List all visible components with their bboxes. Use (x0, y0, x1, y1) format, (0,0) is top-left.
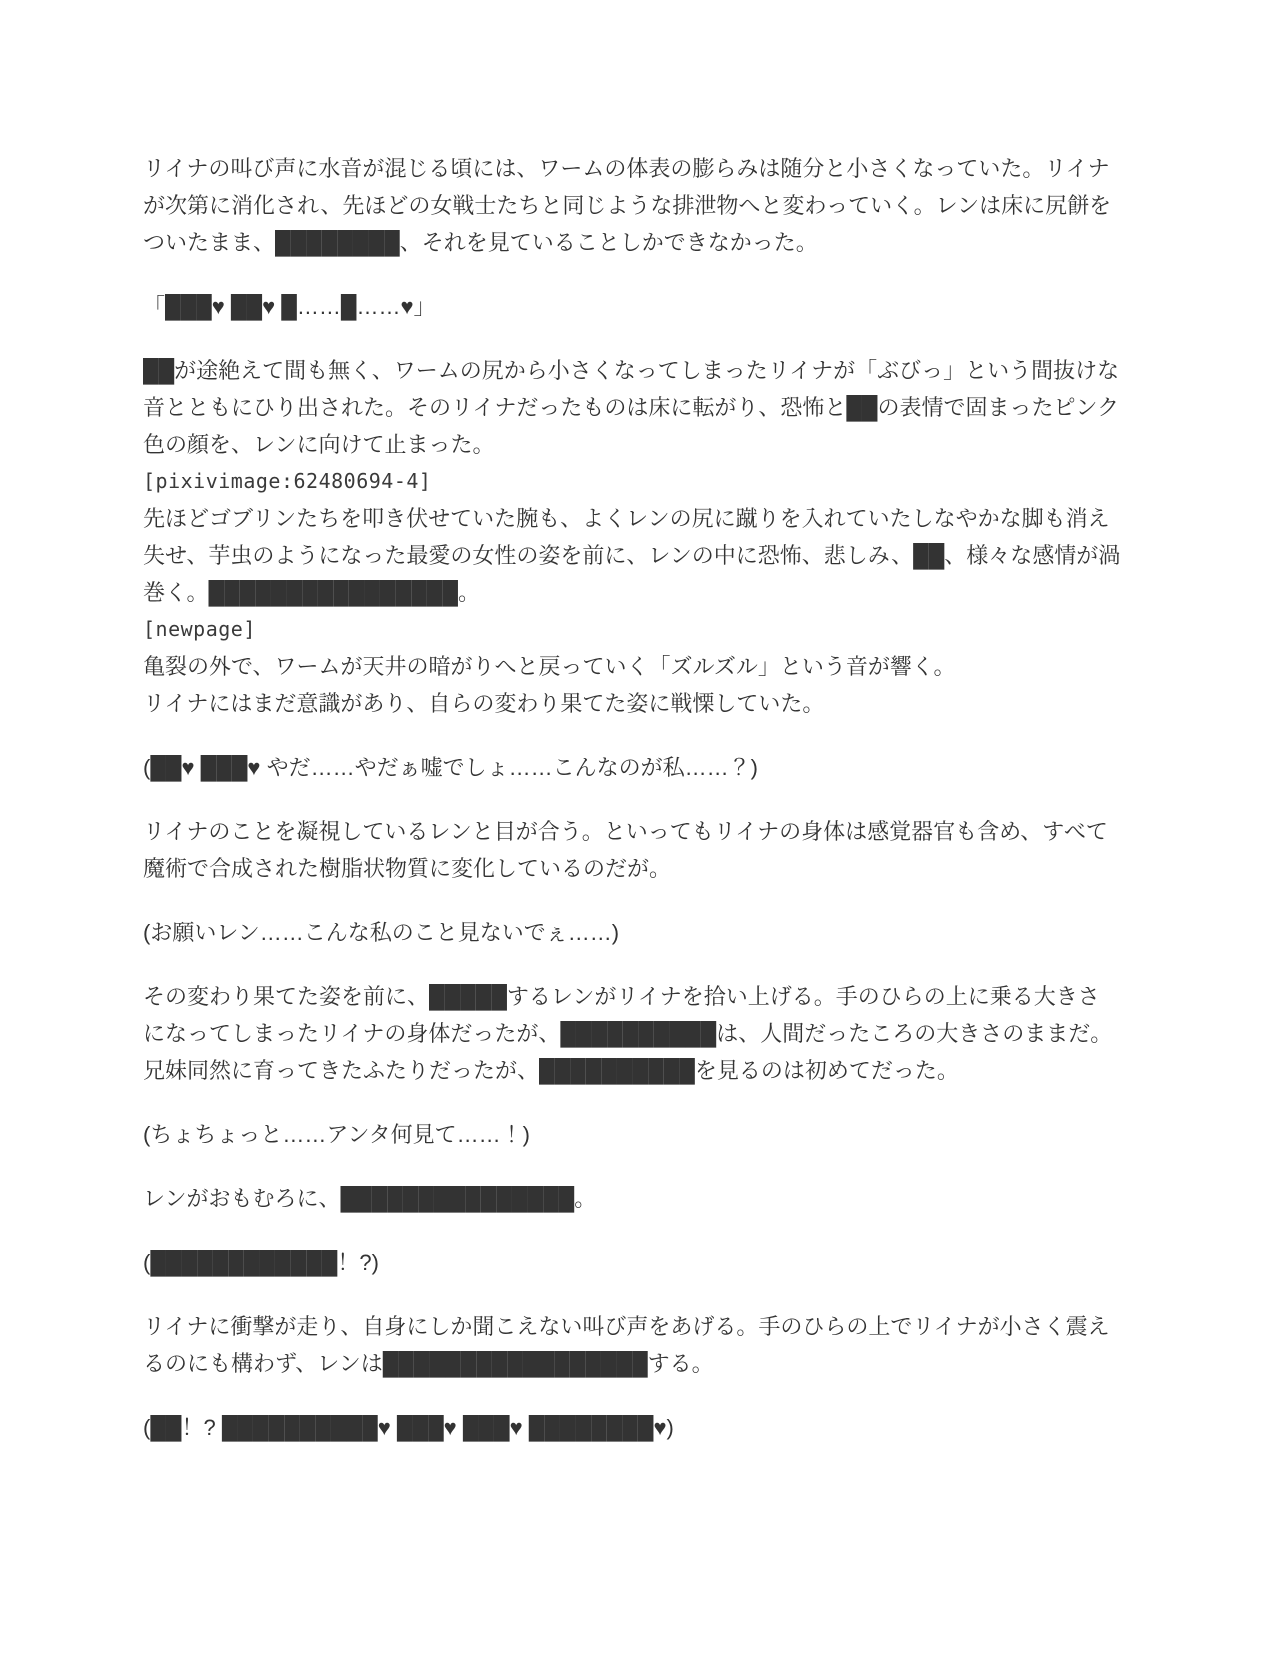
paragraph-line: (██！? ██████████♥ ███♥ ███♥ ████████♥) (143, 1409, 1121, 1446)
text-section: 「███♥ ██♥ █……█……♥」 (143, 288, 1121, 325)
text-section: (お願いレン……こんな私のこと見ないでぇ……) (143, 914, 1121, 951)
paragraph-line: (ちょちょっと……アンタ何見て……！) (143, 1116, 1121, 1153)
text-section: リイナの叫び声に水音が混じる頃には、ワームの体表の膨らみは随分と小さくなっていた… (143, 150, 1121, 261)
paragraph-line: 先ほどゴブリンたちを叩き伏せていた腕も、よくレンの尻に蹴りを入れていたしなやかな… (143, 500, 1121, 611)
paragraph-line: (██♥ ███♥ やだ……やだぁ嘘でしょ……こんなのが私……？) (143, 749, 1121, 786)
text-section: リイナのことを凝視しているレンと目が合う。といってもリイナの身体は感覚器官も含め… (143, 813, 1121, 887)
text-section: その変わり果てた姿を前に、█████するレンがリイナを拾い上げる。手のひらの上に… (143, 978, 1121, 1089)
paragraph-line: 「███♥ ██♥ █……█……♥」 (143, 288, 1121, 325)
paragraph-line: リイナに衝撃が走り、自身にしか聞こえない叫び声をあげる。手のひらの上でリイナが小… (143, 1308, 1121, 1382)
paragraph-line: リイナのことを凝視しているレンと目が合う。といってもリイナの身体は感覚器官も含め… (143, 813, 1121, 887)
text-section: (██！? ██████████♥ ███♥ ███♥ ████████♥) (143, 1409, 1121, 1446)
paragraph-line: リイナにはまだ意識があり、自らの変わり果てた姿に戦慄していた。 (143, 685, 1121, 722)
text-section: ██が途絶えて間も無く、ワームの尻から小さくなってしまったリイナが「ぶびっ」とい… (143, 352, 1121, 722)
paragraph-line: その変わり果てた姿を前に、█████するレンがリイナを拾い上げる。手のひらの上に… (143, 978, 1121, 1089)
document-body: リイナの叫び声に水音が混じる頃には、ワームの体表の膨らみは随分と小さくなっていた… (143, 150, 1121, 1446)
paragraph-line: ██が途絶えて間も無く、ワームの尻から小さくなってしまったリイナが「ぶびっ」とい… (143, 352, 1121, 463)
paragraph-line: レンがおもむろに、███████████████。 (143, 1180, 1121, 1217)
paragraph-line: (████████████！?) (143, 1244, 1121, 1281)
paragraph-line: リイナの叫び声に水音が混じる頃には、ワームの体表の膨らみは随分と小さくなっていた… (143, 150, 1121, 261)
text-section: (████████████！?) (143, 1244, 1121, 1281)
page: { "_redaction_note": "Sexually explicit … (0, 0, 1280, 1656)
text-section: リイナに衝撃が走り、自身にしか聞こえない叫び声をあげる。手のひらの上でリイナが小… (143, 1308, 1121, 1382)
paragraph-line: (お願いレン……こんな私のこと見ないでぇ……) (143, 914, 1121, 951)
embed-tag-line: [newpage] (143, 611, 1121, 648)
paragraph-line: 亀裂の外で、ワームが天井の暗がりへと戻っていく「ズルズル」という音が響く。 (143, 648, 1121, 685)
embed-tag-line: [pixivimage:62480694-4] (143, 463, 1121, 500)
text-section: (██♥ ███♥ やだ……やだぁ嘘でしょ……こんなのが私……？) (143, 749, 1121, 786)
text-section: (ちょちょっと……アンタ何見て……！) (143, 1116, 1121, 1153)
text-section: レンがおもむろに、███████████████。 (143, 1180, 1121, 1217)
